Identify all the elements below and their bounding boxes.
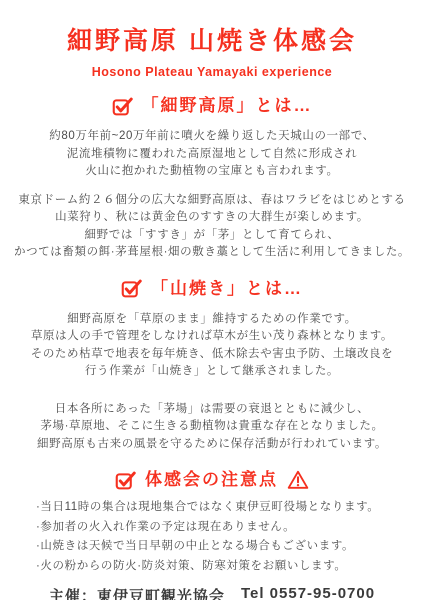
warning-triangle-icon: [287, 469, 309, 491]
paragraph-line: 草原は人の手で管理をしなければ草木が生い茂り森林となります。: [0, 328, 424, 346]
section-heading-yamayaki: 「山焼き」とは…: [0, 278, 424, 300]
caution-notes-list: ·当日11時の集合は現地集合ではなく東伊豆町役場となります。 ·参加者の火入れ作…: [0, 498, 424, 576]
paragraph-line: そのため枯草で地表を毎年焼き、低木除去や害虫予防、土壌改良を: [0, 346, 424, 364]
section-heading-text: 「山焼き」とは…: [151, 278, 303, 300]
paragraph-line: 細野高原を「草原のまま」維持するための作業です。: [0, 311, 424, 329]
organizer-label: 主催：東伊豆町観光協会: [49, 585, 225, 600]
paragraph-line: 茅場·草原地、そこに生きる動植物は貴重な存在となりました。: [0, 418, 424, 436]
flyer-poster: 細野高原 山焼き体感会 Hosono Plateau Yamayaki expe…: [0, 0, 424, 600]
footer: 主催：東伊豆町観光協会 Tel 0557-95-0700: [0, 585, 424, 600]
phone-number: Tel 0557-95-0700: [241, 585, 375, 600]
paragraph-hosono-usage: 東京ドーム約２６個分の広大な細野高原は、春はワラビをはじめとする 山菜狩り、秋に…: [0, 192, 424, 262]
note-item: ·火の粉からの防火·防炎対策、防寒対策をお願いします。: [36, 557, 424, 577]
note-item: ·参加者の火入れ作業の予定は現在ありません。: [36, 518, 424, 538]
section-heading-text: 体感会の注意点: [145, 469, 278, 491]
checkbox-icon: [121, 278, 142, 299]
paragraph-hosono-origin: 約80万年前~20万年前に噴火を繰り返した天城山の一部で、 泥流堆積物に覆われた…: [0, 128, 424, 181]
paragraph-line: 火山に抱かれた動植物の宝庫とも言われます。: [0, 163, 424, 181]
page-title: 細野高原 山焼き体感会: [0, 26, 424, 56]
section-heading-hosono: 「細野高原」とは…: [0, 95, 424, 117]
note-item: ·山焼きは天候で当日早朝の中止となる場合もございます。: [36, 537, 424, 557]
checkbox-icon: [115, 470, 136, 491]
paragraph-line: 日本各所にあった「茅場」は需要の衰退とともに減少し、: [0, 401, 424, 419]
paragraph-line: 東京ドーム約２６個分の広大な細野高原は、春はワラビをはじめとする: [0, 192, 424, 210]
paragraph-line: 泥流堆積物に覆われた高原湿地として自然に形成され: [0, 146, 424, 164]
checkbox-icon: [112, 96, 133, 117]
note-item: ·当日11時の集合は現地集合ではなく東伊豆町役場となります。: [36, 498, 424, 518]
paragraph-line: かつては畜類の餌·茅葺屋根·畑の敷き藁として生活に利用してきました。: [0, 244, 424, 262]
paragraph-line: 細野では「すすき」が「茅」として育てられ、: [0, 227, 424, 245]
section-heading-text: 「細野高原」とは…: [142, 95, 313, 117]
paragraph-line: 約80万年前~20万年前に噴火を繰り返した天城山の一部で、: [0, 128, 424, 146]
paragraph-yamayaki-purpose: 細野高原を「草原のまま」維持するための作業です。 草原は人の手で管理をしなければ…: [0, 311, 424, 381]
paragraph-line: 行う作業が「山焼き」として継承されました。: [0, 363, 424, 381]
page-subtitle: Hosono Plateau Yamayaki experience: [0, 65, 424, 79]
paragraph-line: 細野高原も古来の風景を守るために保存活動が行われています。: [0, 436, 424, 454]
paragraph-kayaba-preservation: 日本各所にあった「茅場」は需要の衰退とともに減少し、 茅場·草原地、そこに生きる…: [0, 401, 424, 454]
section-heading-cautions: 体感会の注意点: [0, 469, 424, 491]
paragraph-line: 山菜狩り、秋には黄金色のすすきの大群生が楽しめます。: [0, 209, 424, 227]
